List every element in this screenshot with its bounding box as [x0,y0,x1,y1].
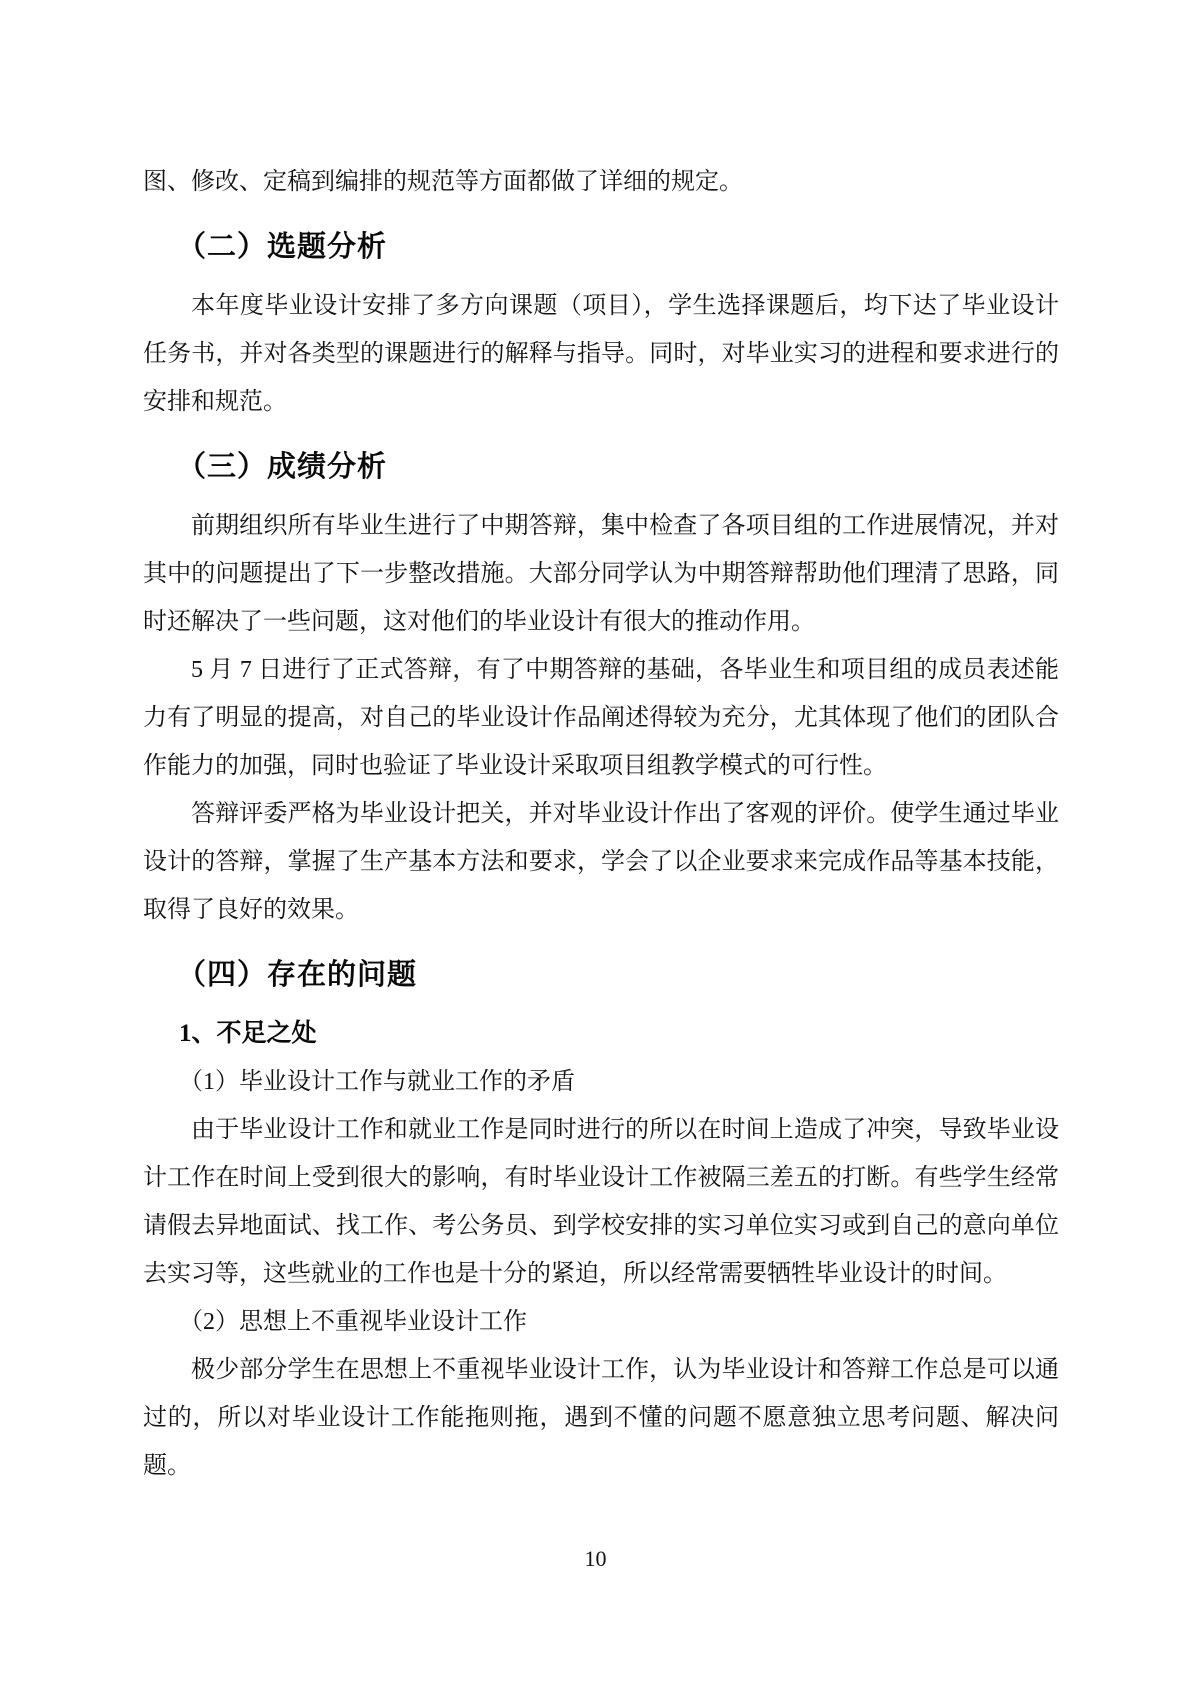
item-caption-1: （1）毕业设计工作与就业工作的矛盾 [143,1058,1059,1106]
item-caption-2: （2）思想上不重视毕业设计工作 [143,1298,1059,1346]
paragraph-topic-selection: 本年度毕业设计安排了多方向课题（项目），学生选择课题后，均下达了毕业设计任务书，… [143,282,1059,426]
document-content: 图、修改、定稿到编排的规范等方面都做了详细的规定。 （二）选题分析 本年度毕业设… [143,158,1059,1490]
document-page: 图、修改、定稿到编排的规范等方面都做了详细的规定。 （二）选题分析 本年度毕业设… [0,0,1191,1684]
paragraph-continuation: 图、修改、定稿到编排的规范等方面都做了详细的规定。 [143,158,1059,206]
section-heading-3: （三）成绩分析 [143,442,1059,490]
sub-heading-shortcomings: 1、不足之处 [143,1010,1059,1058]
paragraph-formal-defense: 5 月 7 日进行了正式答辩，有了中期答辩的基础，各毕业生和项目组的成员表述能力… [143,646,1059,790]
paragraph-midterm-defense: 前期组织所有毕业生进行了中期答辩，集中检查了各项目组的工作进展情况，并对其中的问… [143,502,1059,646]
paragraph-defense-judges: 答辩评委严格为毕业设计把关，并对毕业设计作出了客观的评价。使学生通过毕业设计的答… [143,790,1059,934]
page-number: 10 [0,1546,1191,1572]
paragraph-employment-conflict: 由于毕业设计工作和就业工作是同时进行的所以在时间上造成了冲突，导致毕业设计工作在… [143,1106,1059,1298]
paragraph-attitude-problem: 极少部分学生在思想上不重视毕业设计工作，认为毕业设计和答辩工作总是可以通过的，所… [143,1346,1059,1490]
section-heading-2: （二）选题分析 [143,222,1059,270]
section-heading-4: （四）存在的问题 [143,950,1059,998]
